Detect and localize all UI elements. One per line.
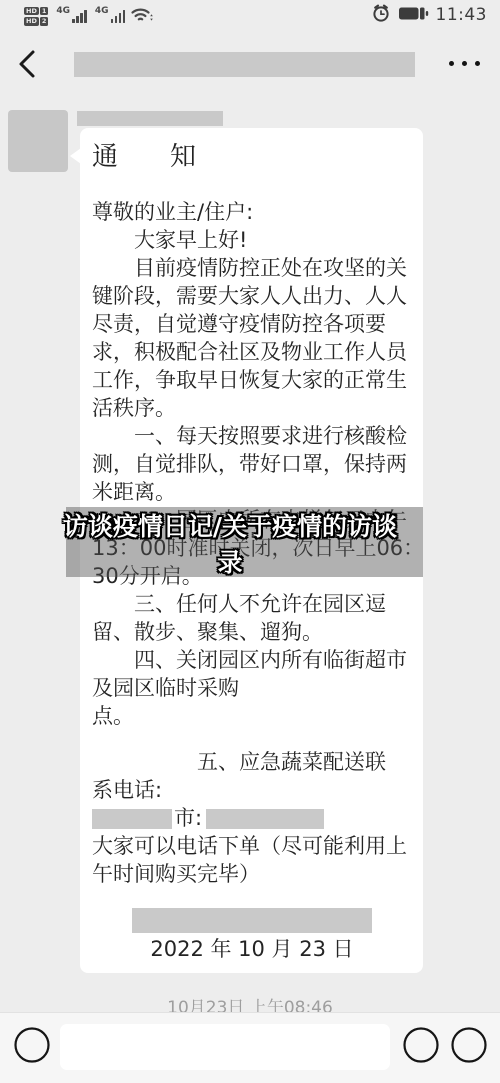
voice-message-button[interactable] [13,1026,51,1064]
notice-line: 大家可以电话下单（尽可能利用上 [92,832,412,860]
notice-line: 及园区临时采购 [92,674,412,702]
overlay-title-line2: 录 [0,545,460,581]
sender-avatar[interactable] [8,110,68,172]
notice-line: 一、每天按照要求进行核酸检 [92,422,412,450]
blank-line [92,888,412,906]
sim1-hd-badge: HD [24,7,39,16]
notice-line: 尽责，自觉遵守疫情防控各项要 [92,310,412,338]
back-button[interactable] [12,48,44,80]
volte-hd-icon: HD 1 HD 2 [24,7,48,26]
notice-line: 大家早上好! [92,226,412,254]
notice-line: 工作，争取早日恢复大家的正常生 [92,366,412,394]
notice-line: 五、应急蔬菜配送联 [92,748,412,776]
notice-line: 留、散步、聚集、遛狗。 [92,618,412,646]
blank-line [92,730,412,748]
sim1-signal-icon: 4G [56,10,87,23]
nav-bar [0,30,500,98]
sim1-4g-label: 4G [56,6,70,16]
sim1-number: 1 [40,7,49,16]
notice-line: 目前疫情防控正处在攻坚的关 [92,254,412,282]
clock-time: 11:43 [436,5,488,25]
phone-line-text: 市: [174,806,202,830]
notice-date: 2022 年 10 月 23 日 [92,935,412,963]
status-left-icons: HD 1 HD 2 4G 4G [24,4,154,28]
battery-icon [398,6,429,25]
message-input[interactable] [60,1024,390,1070]
notice-line: 三、任何人不允许在园区逗 [92,590,412,618]
emoji-button[interactable] [402,1026,440,1064]
composer-bar [0,1012,500,1083]
notice-line: 午时间购买完毕） [92,860,412,888]
notice-line: 尊敬的业主/住户: [92,198,412,226]
notice-title: 通 知 [92,142,412,172]
notice-line: 系电话: [92,776,412,804]
notice-line: 点。 [92,702,412,730]
chat-screen: HD 1 HD 2 4G 4G [0,0,500,1083]
more-menu-button[interactable] [449,54,480,72]
notice-line: 测，自觉排队，带好口罩，保持两 [92,450,412,478]
overlay-article-title: 访谈疫情日记/关于疫情的访谈 录 [0,509,460,581]
sim2-number: 2 [40,17,49,26]
notice-line: 四、关闭园区内所有临街超市 [92,646,412,674]
notice-line: 求，积极配合社区及物业工作人员 [92,338,412,366]
redacted-shop-name [92,809,172,829]
notice-line: 键阶段，需要大家人人出力、人人 [92,282,412,310]
notice-line: 活秩序。 [92,394,412,422]
bubble-tail [70,148,81,164]
ellipsis-icon [449,61,454,66]
overlay-title-line1: 访谈疫情日记/关于疫情的访谈 [0,509,460,545]
redacted-phone-number [206,809,324,829]
phone-redacted-line: 市: [92,804,412,832]
wifi-icon [130,4,154,28]
status-right-icons: 11:43 [371,3,488,27]
notice-line: 米距离。 [92,478,412,506]
sim2-hd-badge: HD [24,17,39,26]
status-bar: HD 1 HD 2 4G 4G [0,0,500,30]
sim2-signal-icon: 4G [95,10,126,23]
sender-name-redacted [77,111,223,126]
plus-more-button[interactable] [450,1026,488,1064]
chat-title-redacted [74,52,415,77]
redacted-signature [132,908,372,933]
redacted-signature-line [92,907,412,933]
alarm-clock-icon [371,3,391,27]
sim2-4g-label: 4G [95,6,109,16]
